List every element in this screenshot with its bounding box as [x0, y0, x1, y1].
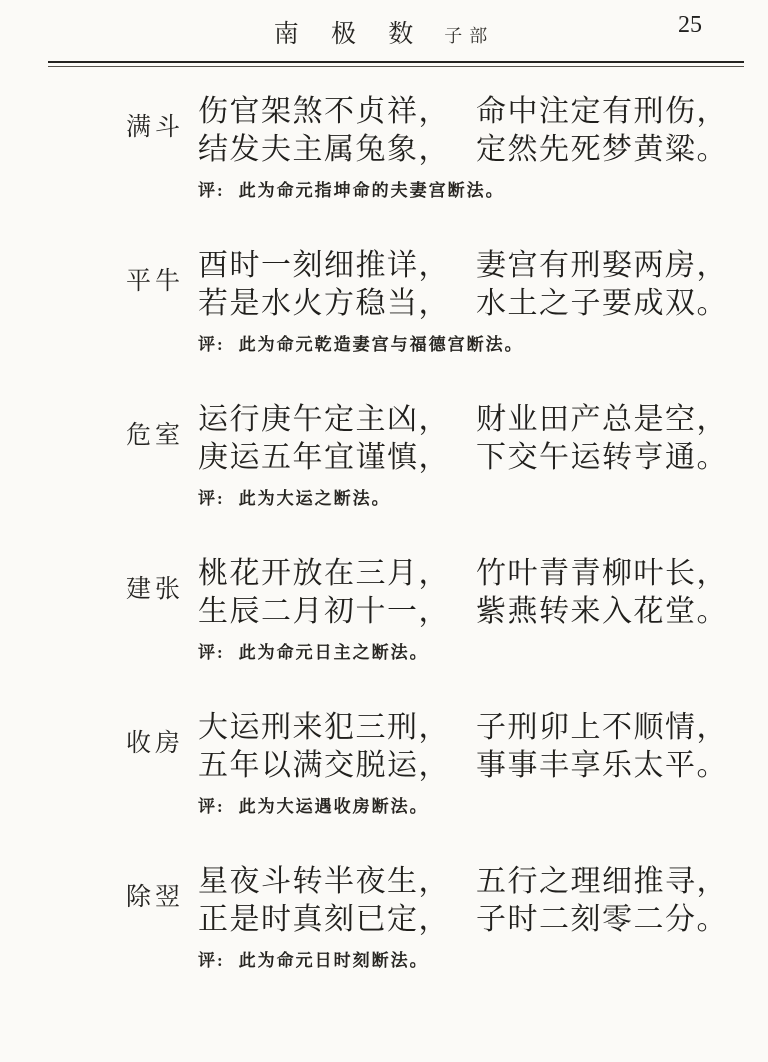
entry-body: 星夜斗转半夜生， 五行之理细推寻， 正是时真刻已定， 子时二刻零二分。 评: 此…	[198, 863, 768, 973]
note-prefix: 评:	[198, 641, 225, 665]
verse-line: 星夜斗转半夜生， 五行之理细推寻，	[198, 863, 768, 901]
verse-phrase: 星夜斗转半夜生，	[198, 863, 450, 901]
verse-phrase: 下交午运转亨通。	[476, 439, 728, 477]
entry-body: 伤官架煞不贞祥， 命中注定有刑伤， 结发夫主属兔象， 定然先死梦黄粱。 评: 此…	[198, 93, 768, 203]
entry-chuyi: 除翌 星夜斗转半夜生， 五行之理细推寻， 正是时真刻已定， 子时二刻零二分。 评…	[0, 863, 768, 973]
note-line: 评: 此为命元日时刻断法。	[198, 949, 768, 973]
note-text: 此为命元乾造妻宫与福德宫断法。	[239, 333, 524, 357]
entry-label: 除翌	[126, 863, 198, 913]
note-text: 此为命元指坤命的夫妻宫断法。	[239, 179, 505, 203]
verse-phrase: 竹叶青青柳叶长，	[476, 555, 728, 593]
entry-label: 平牛	[126, 247, 198, 297]
entry-jianzhang: 建张 桃花开放在三月， 竹叶青青柳叶长， 生辰二月初十一， 紫燕转来入花堂。 评…	[0, 555, 768, 665]
note-text: 此为命元日主之断法。	[239, 641, 429, 665]
note-line: 评: 此为命元日主之断法。	[198, 641, 768, 665]
verse-phrase: 运行庚午定主凶，	[198, 401, 450, 439]
entry-body: 运行庚午定主凶， 财业田产总是空， 庚运五年宜谨慎， 下交午运转亨通。 评: 此…	[198, 401, 768, 511]
note-line: 评: 此为大运遇收房断法。	[198, 795, 768, 819]
note-text: 此为大运遇收房断法。	[239, 795, 429, 819]
verse-line: 桃花开放在三月， 竹叶青青柳叶长，	[198, 555, 768, 593]
verse-phrase: 水土之子要成双。	[476, 285, 728, 323]
verse-phrase: 伤官架煞不贞祥，	[198, 93, 450, 131]
verse-line: 伤官架煞不贞祥， 命中注定有刑伤，	[198, 93, 768, 131]
note-text: 此为大运之断法。	[239, 487, 391, 511]
verse-phrase: 定然先死梦黄粱。	[476, 131, 728, 169]
entry-label: 收房	[126, 709, 198, 759]
verse-phrase: 酉时一刻细推详，	[198, 247, 450, 285]
note-line: 评: 此为命元指坤命的夫妻宫断法。	[198, 179, 768, 203]
verse-phrase: 子刑卯上不顺情，	[476, 709, 728, 747]
entry-body: 大运刑来犯三刑， 子刑卯上不顺情， 五年以满交脱运， 事事丰享乐太平。 评: 此…	[198, 709, 768, 819]
verse-phrase: 财业田产总是空，	[476, 401, 728, 439]
note-line: 评: 此为大运之断法。	[198, 487, 768, 511]
verse-line: 庚运五年宜谨慎， 下交午运转亨通。	[198, 439, 768, 477]
note-line: 评: 此为命元乾造妻宫与福德宫断法。	[198, 333, 768, 357]
verse-line: 酉时一刻细推详， 妻宫有刑娶两房，	[198, 247, 768, 285]
verse-phrase: 命中注定有刑伤，	[476, 93, 728, 131]
verse-line: 运行庚午定主凶， 财业田产总是空，	[198, 401, 768, 439]
note-prefix: 评:	[198, 179, 225, 203]
entries-list: 满斗 伤官架煞不贞祥， 命中注定有刑伤， 结发夫主属兔象， 定然先死梦黄粱。 评…	[0, 93, 768, 973]
verse-line: 结发夫主属兔象， 定然先死梦黄粱。	[198, 131, 768, 169]
verse-phrase: 子时二刻零二分。	[476, 901, 728, 939]
entry-label: 建张	[126, 555, 198, 605]
verse-line: 正是时真刻已定， 子时二刻零二分。	[198, 901, 768, 939]
entry-body: 酉时一刻细推详， 妻宫有刑娶两房， 若是水火方稳当， 水土之子要成双。 评: 此…	[198, 247, 768, 357]
verse-line: 大运刑来犯三刑， 子刑卯上不顺情，	[198, 709, 768, 747]
entry-pingniu: 平牛 酉时一刻细推详， 妻宫有刑娶两房， 若是水火方稳当， 水土之子要成双。 评…	[0, 247, 768, 357]
section-label: 子部	[444, 22, 494, 48]
entry-body: 桃花开放在三月， 竹叶青青柳叶长， 生辰二月初十一， 紫燕转来入花堂。 评: 此…	[198, 555, 768, 665]
page-header: 南 极 数 子部 25	[0, 0, 768, 48]
page-number: 25	[678, 12, 702, 39]
page-title: 南 极 数	[274, 14, 427, 50]
verse-phrase: 结发夫主属兔象，	[198, 131, 450, 169]
verse-phrase: 妻宫有刑娶两房，	[476, 247, 728, 285]
entry-label: 满斗	[126, 93, 198, 143]
verse-line: 五年以满交脱运， 事事丰享乐太平。	[198, 747, 768, 785]
verse-phrase: 事事丰享乐太平。	[476, 747, 728, 785]
verse-phrase: 庚运五年宜谨慎，	[198, 439, 450, 477]
verse-phrase: 生辰二月初十一，	[198, 593, 450, 631]
verse-phrase: 紫燕转来入花堂。	[476, 593, 728, 631]
note-prefix: 评:	[198, 333, 225, 357]
entry-label: 危室	[126, 401, 198, 451]
note-prefix: 评:	[198, 487, 225, 511]
verse-line: 生辰二月初十一， 紫燕转来入花堂。	[198, 593, 768, 631]
entry-mandou: 满斗 伤官架煞不贞祥， 命中注定有刑伤， 结发夫主属兔象， 定然先死梦黄粱。 评…	[0, 93, 768, 203]
header-divider-rule	[48, 61, 744, 67]
note-prefix: 评:	[198, 949, 225, 973]
entry-weishi: 危室 运行庚午定主凶， 财业田产总是空， 庚运五年宜谨慎， 下交午运转亨通。 评…	[0, 401, 768, 511]
verse-phrase: 五年以满交脱运，	[198, 747, 450, 785]
entry-shoufang: 收房 大运刑来犯三刑， 子刑卯上不顺情， 五年以满交脱运， 事事丰享乐太平。 评…	[0, 709, 768, 819]
verse-phrase: 正是时真刻已定，	[198, 901, 450, 939]
note-text: 此为命元日时刻断法。	[239, 949, 429, 973]
verse-phrase: 若是水火方稳当，	[198, 285, 450, 323]
note-prefix: 评:	[198, 795, 225, 819]
verse-line: 若是水火方稳当， 水土之子要成双。	[198, 285, 768, 323]
scanned-book-page: 南 极 数 子部 25 满斗 伤官架煞不贞祥， 命中注定有刑伤， 结发夫主属兔象…	[0, 0, 768, 1062]
verse-phrase: 五行之理细推寻，	[476, 863, 728, 901]
verse-phrase: 桃花开放在三月，	[198, 555, 450, 593]
verse-phrase: 大运刑来犯三刑，	[198, 709, 450, 747]
